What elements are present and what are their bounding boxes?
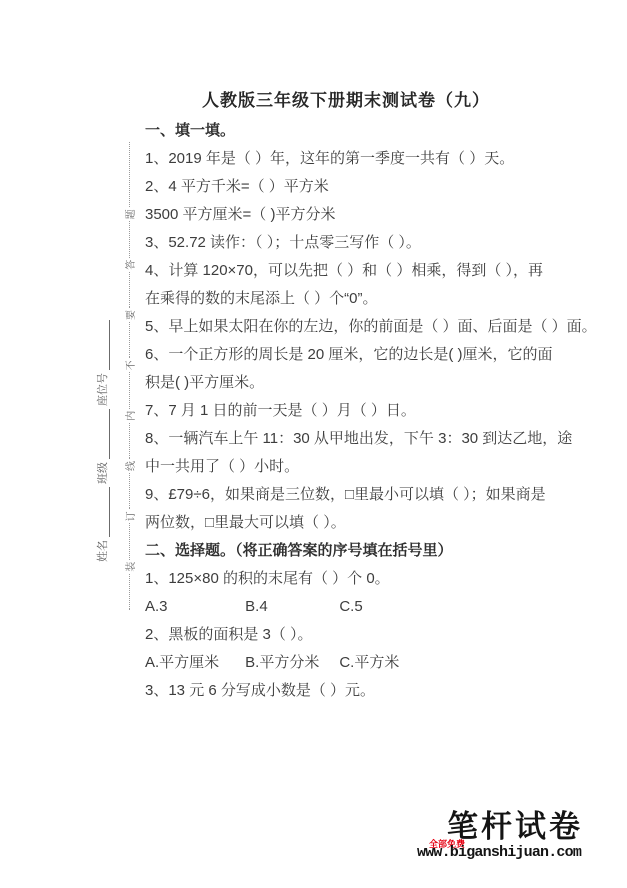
question-line: 9、£79÷6，如果商是三位数，□里最小可以填（ ）；如果商是	[145, 481, 569, 509]
option-row: A.3 B.4 C.5	[145, 593, 569, 621]
dotted-leader	[129, 272, 130, 308]
option-item: B.平方分米	[245, 649, 335, 677]
brand-logo: 笔杆试卷	[447, 801, 583, 846]
question-line: 3、52.72 读作：（ ）；十点零三写作（ ）。	[145, 229, 569, 257]
option-row: A.平方厘米 B.平方分米 C.平方米	[145, 649, 569, 677]
student-info-column: 姓名 班级 座位号	[96, 290, 110, 562]
field-label-seat: 座位号	[94, 373, 110, 406]
question-line: 5、早上如果太阳在你的左边，你的前面是（ ）面、后面是（ ）面。	[145, 313, 569, 341]
brand-url: www.biganshijuan.com	[417, 844, 581, 861]
option-item: B.4	[245, 593, 335, 621]
binding-seal-line: 装 订 线 内 不 要 答 题	[122, 140, 136, 612]
dotted-leader	[129, 423, 130, 459]
dotted-leader	[129, 372, 130, 408]
option-item: C.5	[339, 593, 362, 621]
seal-char: 题	[122, 209, 137, 219]
seal-char: 订	[122, 511, 137, 521]
question-line: 3、13 元 6 分写成小数是（ ）元。	[145, 677, 569, 705]
question-line: 积是( )平方厘米。	[145, 369, 569, 397]
seal-char: 不	[122, 360, 137, 370]
option-item: A.3	[145, 593, 241, 621]
question-line: 2、4 平方千米=（ ）平方米	[145, 173, 569, 201]
question-line: 8、一辆汽车上午 11：30 从甲地出发，下午 3：30 到达乙地，途	[145, 425, 569, 453]
seal-char: 答	[122, 260, 137, 270]
exam-body: 一、填一填。 1、2019 年是（ ）年，这年的第一季度一共有（ ）天。 2、4…	[145, 117, 569, 705]
dotted-leader	[129, 142, 130, 207]
section2-heading: 二、选择题。（将正确答案的序号填在括号里）	[145, 537, 569, 565]
question-line: 在乘得的数的末尾添上（ ）个“0”。	[145, 285, 569, 313]
question-line: 6、一个正方形的周长是 20 厘米，它的边长是( )厘米，它的面	[145, 341, 569, 369]
question-line: 1、2019 年是（ ）年，这年的第一季度一共有（ ）天。	[145, 145, 569, 173]
question-line: 3500 平方厘米=（ )平方分米	[145, 201, 569, 229]
section1-heading: 一、填一填。	[145, 117, 569, 145]
seal-char: 装	[122, 562, 137, 572]
field-label-name: 姓名	[94, 540, 110, 562]
field-label-class: 班级	[94, 462, 110, 484]
dotted-leader	[129, 322, 130, 358]
dotted-leader	[129, 473, 130, 509]
field-underline	[99, 487, 110, 537]
field-underline	[99, 409, 110, 459]
seal-char: 内	[122, 411, 137, 421]
seal-char: 要	[122, 310, 137, 320]
dotted-leader	[129, 221, 130, 257]
seal-char: 线	[122, 461, 137, 471]
page-title: 人教版三年级下册期末测试卷（九）	[130, 86, 562, 111]
field-underline	[99, 320, 110, 370]
option-item: A.平方厘米	[145, 649, 241, 677]
question-line: 两位数，□里最大可以填（ ）。	[145, 509, 569, 537]
question-line: 中一共用了（ ）小时。	[145, 453, 569, 481]
dotted-leader	[129, 523, 130, 559]
question-line: 4、计算 120×70，可以先把（ ）和（ ）相乘，得到（ ），再	[145, 257, 569, 285]
question-line: 2、黑板的面积是 3（ ）。	[145, 621, 569, 649]
question-line: 7、7 月 1 日的前一天是（ ）月（ ）日。	[145, 397, 569, 425]
question-line: 1、125×80 的积的末尾有（ ）个 0。	[145, 565, 569, 593]
option-item: C.平方米	[339, 649, 399, 677]
dotted-leader	[129, 574, 130, 610]
